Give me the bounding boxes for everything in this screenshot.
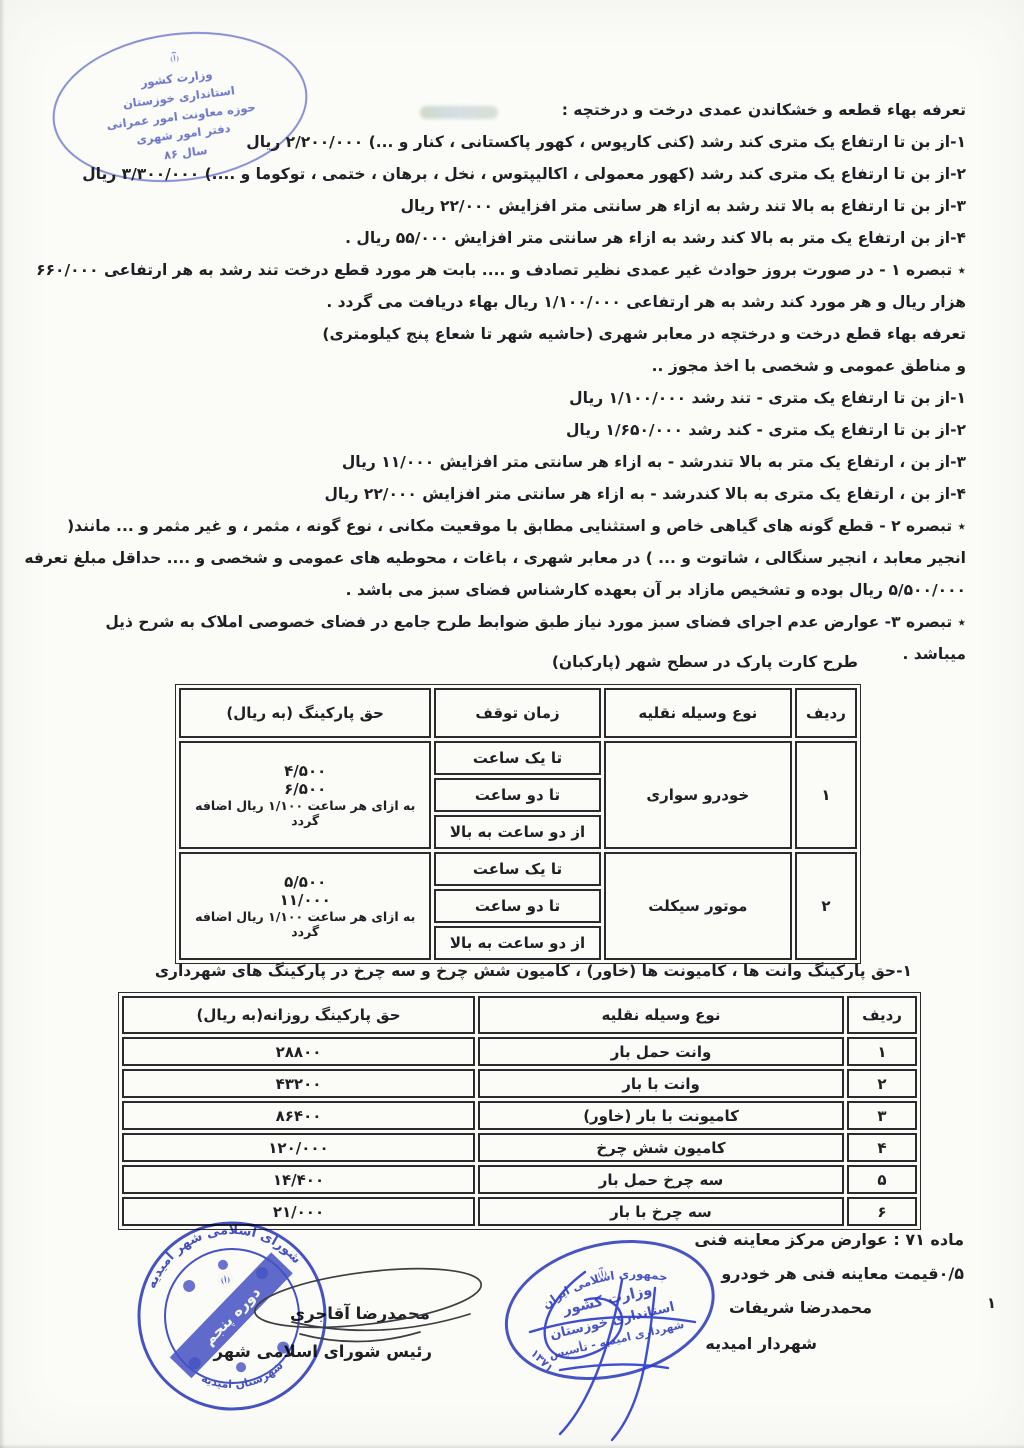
daily-parking-table: ردیف نوع وسیله نقلیه حق پارکینگ روزانه(ب… <box>118 992 921 1230</box>
mayor-name: محمدرضا شریفات <box>729 1298 872 1317</box>
table-header-row: ردیف نوع وسیله نقلیه حق پارکینگ روزانه(ب… <box>122 996 917 1034</box>
fee-note: به ازای هر ساعت ۱/۱۰۰ ریال اضافه گردد <box>181 798 429 828</box>
table-row: ۴ کامیون شش چرخ ۱۲۰/۰۰۰ <box>122 1133 917 1162</box>
table-row: ۵ سه چرخ حمل بار ۱۴/۴۰۰ <box>122 1165 917 1194</box>
vehicle-cell: سه چرخ حمل بار <box>478 1165 844 1194</box>
section2-line: تعرفه بهاء قطع درخت و درختچه در معابر شه… <box>36 318 966 350</box>
table-row: ۱ خودرو سواری تا یک ساعت ۴/۵۰۰ ۶/۵۰۰ به … <box>179 741 857 775</box>
note2-line: ۵/۵۰۰/۰۰۰ ریال بوده و تشخیص مازاد بر آن … <box>36 574 966 606</box>
inspection-price-line: ۰/۵قیمت معاینه فنی هر خودرو <box>721 1264 964 1283</box>
tariff-line: ۳-از بن ، ارتفاع یک متر به بالا تندرشد -… <box>36 446 966 478</box>
note2-line: ٭ تبصره ۲ - قطع گونه های گیاهی خاص و است… <box>36 510 966 542</box>
daily-parking-caption: ۱-حق پارکینگ وانت ها ، کامیونت ها (خاور)… <box>155 962 912 980</box>
note1-line: هزار ریال و هر مورد کند رشد به هر ارتفاع… <box>36 286 966 318</box>
table-header-row: ردیف نوع وسیله نقلیه زمان توقف حق پارکین… <box>179 688 857 738</box>
duration-cell: تا یک ساعت <box>434 741 600 775</box>
table-row: ۲ وانت با بار ۴۳۲۰۰ <box>122 1069 917 1098</box>
scanned-document-page: وزارت کشور استانداری خوزستان حوزه معاونت… <box>0 0 1024 1448</box>
header-daily-fee: حق پارکینگ روزانه(به ریال) <box>122 996 475 1034</box>
article-71-line: ماده ۷۱ : عوارض مرکز معاینه فنی <box>694 1230 964 1249</box>
duration-cell: تا دو ساعت <box>434 778 600 812</box>
table-row: ۱ وانت حمل بار ۲۸۸۰۰ <box>122 1037 917 1066</box>
row-number-cell: ۲ <box>847 1069 917 1098</box>
fee-cell: ۸۶۴۰۰ <box>122 1101 475 1130</box>
duration-cell: تا یک ساعت <box>434 852 600 886</box>
duration-cell: تا دو ساعت <box>434 889 600 923</box>
parking-card-table: ردیف نوع وسیله نقلیه زمان توقف حق پارکین… <box>175 684 861 964</box>
header-vehicle-type: نوع وسیله نقلیه <box>604 688 792 738</box>
header-vehicle-type: نوع وسیله نقلیه <box>478 996 844 1034</box>
fee-cell: ۲۸۸۰۰ <box>122 1037 475 1066</box>
table-row: ۳ کامیونت با بار (خاور) ۸۶۴۰۰ <box>122 1101 917 1130</box>
fee-cell: ۴۳۲۰۰ <box>122 1069 475 1098</box>
row-number-cell: ۲ <box>795 852 857 960</box>
fee-value: ۶/۵۰۰ <box>181 780 429 798</box>
section2-line: و مناطق عمومی و شخصی با اخذ مجوز .. <box>36 350 966 382</box>
fee-note: به ازای هر ساعت ۱/۱۰۰ ریال اضافه گردد <box>181 909 429 939</box>
row-number-cell: ۱ <box>847 1037 917 1066</box>
municipality-stamp-graphic: جمهوری اسلامی ایران وزارت کشور استانداری… <box>484 1213 736 1410</box>
fee-cell: ۵/۵۰۰ ۱۱/۰۰۰ به ازای هر ساعت ۱/۱۰۰ ریال … <box>179 852 431 960</box>
table-row: ۲ موتور سیکلت تا یک ساعت ۵/۵۰۰ ۱۱/۰۰۰ به… <box>179 852 857 886</box>
row-number-cell: ۳ <box>847 1101 917 1130</box>
document-body-text: تعرفه بهاء قطعه و خشکاندن عمدی درخت و در… <box>36 94 966 670</box>
duration-cell: از دو ساعت به بالا <box>434 815 600 849</box>
tariff-line: ۴-از بن ، ارتفاع یک متری به بالا کندرشد … <box>36 478 966 510</box>
vehicle-cell: کامیونت با بار (خاور) <box>478 1101 844 1130</box>
duration-cell: از دو ساعت به بالا <box>434 926 600 960</box>
tariff-line: ۴-از بن ارتفاع یک متر به بالا کند رشد به… <box>36 222 966 254</box>
tariff-line: ۳-از بن تا ارتفاع به بالا تند رشد به ازا… <box>36 190 966 222</box>
note1-line: ٭ تبصره ۱ - در صورت بروز حوادث غیر عمدی … <box>36 254 966 286</box>
header-row-number: ردیف <box>795 688 857 738</box>
fee-cell: ۱۲۰/۰۰۰ <box>122 1133 475 1162</box>
note3-line: ٭ تبصره ۳- عوارض عدم اجرای فضای سبز مورد… <box>36 606 966 638</box>
tariff-line: ۱-از بن تا ارتفاع یک متری کند رشد (کنی ک… <box>36 126 966 158</box>
row-number-cell: ۱ <box>795 741 857 849</box>
fee-cell: ۴/۵۰۰ ۶/۵۰۰ به ازای هر ساعت ۱/۱۰۰ ریال ا… <box>179 741 431 849</box>
parking-table-title: طرح کارت پارک در سطح شهر (پارکبان) <box>552 653 858 671</box>
fee-cell: ۱۴/۴۰۰ <box>122 1165 475 1194</box>
row-number-cell: ۶ <box>847 1197 917 1226</box>
municipality-oval-stamp: جمهوری اسلامی ایران وزارت کشور استانداری… <box>484 1213 736 1410</box>
tariff-line: ۱-از بن تا ارتفاع یک متری - تند رشد ۱/۱۰… <box>36 382 966 414</box>
iran-emblem-icon <box>165 51 184 70</box>
vehicle-cell: وانت با بار <box>478 1069 844 1098</box>
header-stop-time: زمان توقف <box>434 688 600 738</box>
header-parking-fee: حق پارکینگ (به ریال) <box>179 688 431 738</box>
row-number-cell: ۵ <box>847 1165 917 1194</box>
vehicle-cell: موتور سیکلت <box>604 852 792 960</box>
tariff-line: ۲-از بن تا ارتفاع یک متری - کند رشد ۱/۶۵… <box>36 414 966 446</box>
header-row-number: ردیف <box>847 996 917 1034</box>
document-title: تعرفه بهاء قطعه و خشکاندن عمدی درخت و در… <box>36 94 966 126</box>
tariff-line: ۲-از بن تا ارتفاع یک متری کند رشد (کهور … <box>36 158 966 190</box>
page-number: ۱ <box>987 1294 996 1312</box>
fee-value: ۵/۵۰۰ <box>181 873 429 891</box>
row-number-cell: ۴ <box>847 1133 917 1162</box>
vehicle-cell: وانت حمل بار <box>478 1037 844 1066</box>
vehicle-cell: خودرو سواری <box>604 741 792 849</box>
city-council-round-stamp: شورای اسلامی شهر امیدیه شهرستان امیدیه د… <box>132 1216 332 1416</box>
council-stamp-graphic: شورای اسلامی شهر امیدیه شهرستان امیدیه د… <box>132 1216 332 1416</box>
fee-value: ۱۱/۰۰۰ <box>181 891 429 909</box>
fee-value: ۴/۵۰۰ <box>181 762 429 780</box>
vehicle-cell: کامیون شش چرخ <box>478 1133 844 1162</box>
note2-line: انجیر معابد ، انجیر سنگالی ، شاتوت و ...… <box>36 542 966 574</box>
